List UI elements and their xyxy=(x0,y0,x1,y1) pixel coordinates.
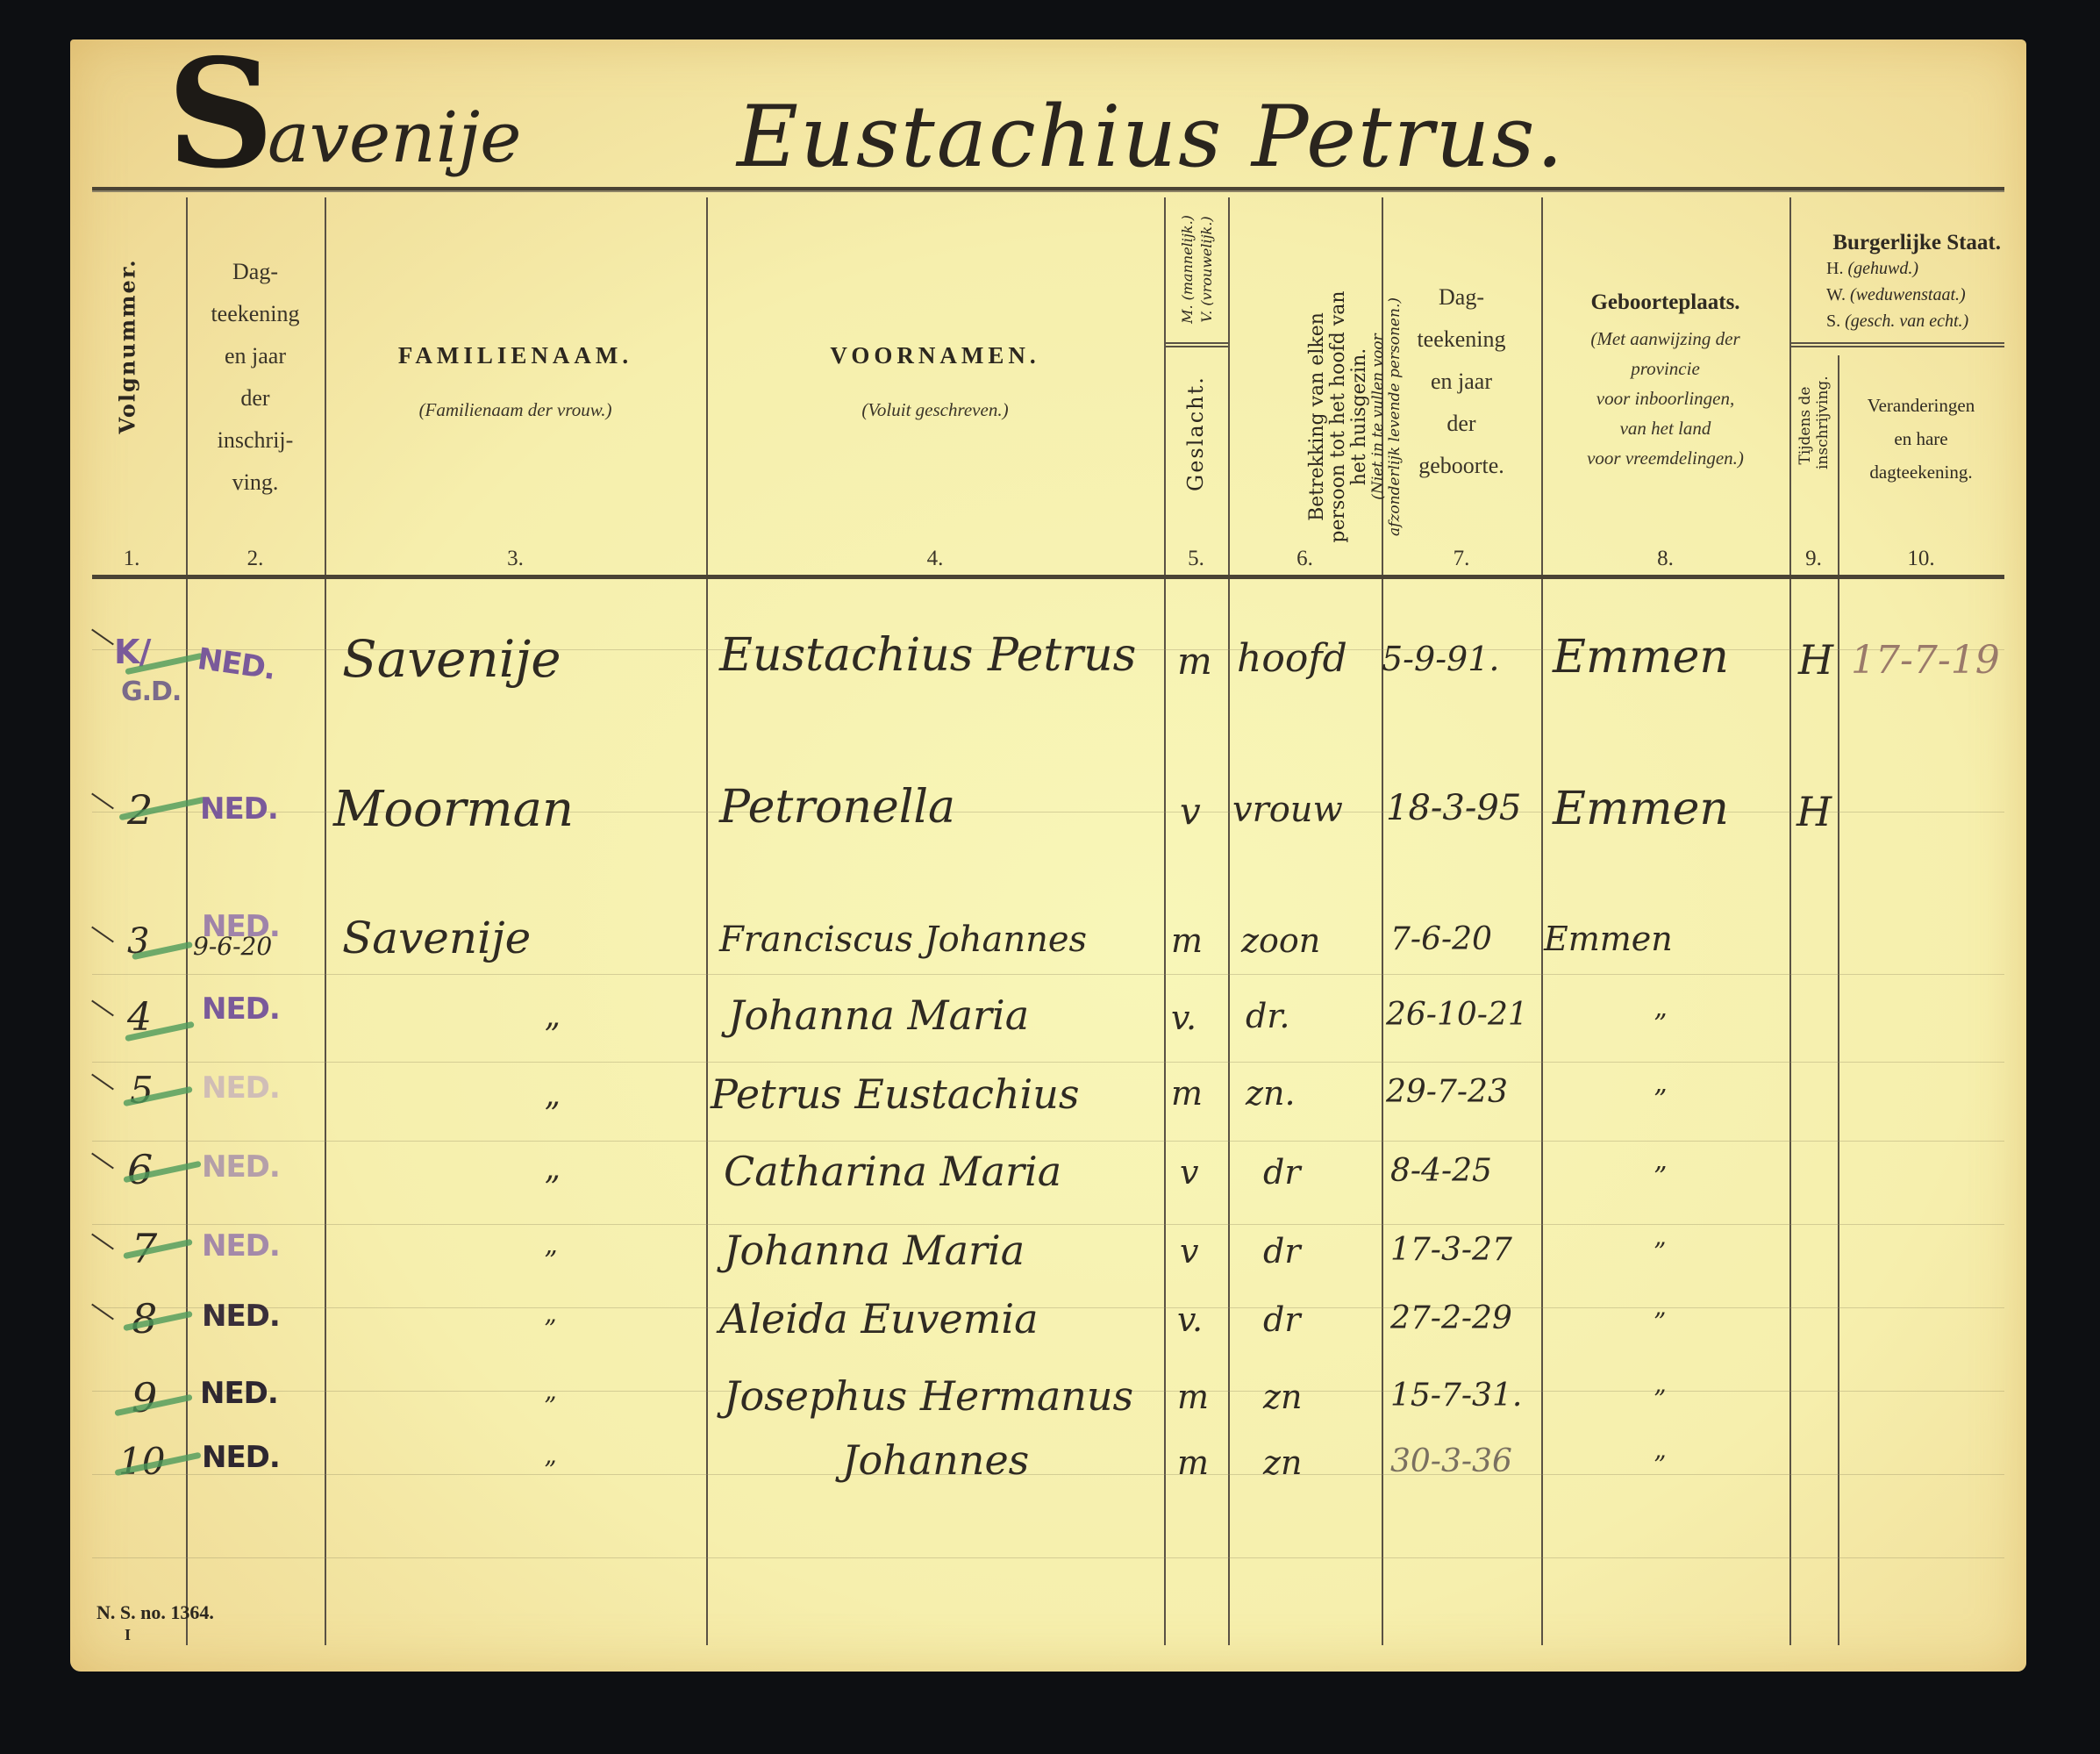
header-subline: voor inboorlingen, xyxy=(1596,383,1735,413)
geboorteplaats-cell: Emmen xyxy=(1553,783,1729,835)
geboorteplaats-cell: ” xyxy=(1654,1009,1667,1040)
check-mark-icon xyxy=(91,1074,114,1091)
column-number: 4. xyxy=(706,547,1164,571)
header-line: geboorte. xyxy=(1418,445,1504,487)
nationality-stamp: NED. xyxy=(202,1070,280,1106)
check-mark-icon xyxy=(91,1000,114,1017)
geboorteplaats-cell: ” xyxy=(1654,1085,1667,1115)
header-line: Dag- xyxy=(1439,276,1484,319)
familienaam-cell: ” xyxy=(544,1392,556,1421)
header-title: VOORNAMEN. xyxy=(830,342,1039,369)
header-title: Geboorteplaats. xyxy=(1590,290,1739,315)
geboorteplaats-cell: Emmen xyxy=(1553,631,1729,684)
nationality-stamp: NED. xyxy=(202,1299,280,1334)
voornamen-cell: Petrus Eustachius xyxy=(711,1070,1080,1118)
header-rule xyxy=(92,575,2004,579)
table-row: 5 NED. ” Petrus Eustachius m zn. 29-7-23… xyxy=(70,1070,2026,1149)
header-title: FAMILIENAAM. xyxy=(398,342,632,369)
table-row: 8 NED. ” Aleida Euvemia v. dr 27-2-29 ” xyxy=(70,1299,2026,1378)
geboorte-cell: 27-2-29 xyxy=(1390,1300,1512,1336)
header-line: Veranderingen xyxy=(1868,389,1975,422)
staat-desc: (gehuwd.) xyxy=(1847,259,1918,278)
header-line: Betrekking van elken xyxy=(1307,233,1328,601)
header-line: het huisgezin. xyxy=(1349,233,1370,601)
header-line: der xyxy=(1446,403,1475,445)
check-mark-icon xyxy=(91,927,114,943)
veranderingen-cell: 17-7-19 xyxy=(1851,638,2000,683)
staat-item: W. (weduwenstaat.) xyxy=(1791,282,2006,308)
geboorteplaats-cell: ” xyxy=(1654,1162,1667,1192)
geslacht-cell: v xyxy=(1180,790,1201,833)
row-number: 9 xyxy=(132,1374,157,1421)
geslacht-cell: v xyxy=(1180,1153,1198,1192)
gd-stamp: G.D. xyxy=(121,677,181,707)
staat-desc: (gesch. van echt.) xyxy=(1845,311,1968,331)
voornamen-cell: Josephus Hermanus xyxy=(724,1372,1133,1420)
register-card: S avenije Eustachius Petrus. Volgn xyxy=(70,39,2026,1672)
form-subcode: I xyxy=(125,1626,131,1644)
geboorteplaats-cell: ” xyxy=(1654,1385,1666,1414)
geslacht-cell: m xyxy=(1171,1074,1203,1113)
geboorte-cell: 18-3-95 xyxy=(1386,788,1521,828)
voornamen-cell: Johanna Maria xyxy=(724,1227,1025,1274)
form-code: N. S. no. 1364. xyxy=(96,1601,214,1624)
header-line: persoon tot het hoofd van xyxy=(1328,233,1349,601)
check-mark-icon xyxy=(91,793,114,810)
header-line: dagteekening. xyxy=(1869,455,1972,489)
header-line: en jaar xyxy=(1431,361,1492,403)
staat-cell: H xyxy=(1798,636,1833,684)
check-mark-icon xyxy=(91,1304,114,1321)
header-burgerlijke-staat: Burgerlijke Staat. H. (gehuwd.) W. (wedu… xyxy=(1791,231,2006,334)
header-line: der xyxy=(240,377,269,419)
betrekking-cell: zn xyxy=(1263,1378,1303,1416)
familienaam-cell: Savenije xyxy=(342,629,561,689)
table-row: 3 NED. 9-6-20 Savenije Franciscus Johann… xyxy=(70,913,2026,992)
header-line: ving. xyxy=(232,462,279,504)
betrekking-cell: zn xyxy=(1263,1443,1303,1482)
header-line: en jaar xyxy=(225,335,286,377)
familienaam-cell: ” xyxy=(544,1171,560,1206)
staat-divider xyxy=(1791,342,2004,347)
header-geslacht-codes: M. (mannelijk.) V. (vrouwelijk.) xyxy=(1178,208,1217,331)
header-subline: provincie xyxy=(1631,354,1700,383)
header-line: Tijdens de xyxy=(1796,382,1814,469)
geslacht-cell: v. xyxy=(1177,1300,1203,1339)
geboorteplaats-cell: Emmen xyxy=(1544,920,1673,958)
check-mark-icon xyxy=(91,629,114,646)
table-row: 7 NED. ” Johanna Maria v dr 17-3-27 ” xyxy=(70,1228,2026,1307)
betrekking-cell: zn. xyxy=(1246,1074,1296,1113)
geslacht-cell: v. xyxy=(1171,999,1196,1037)
staat-code: W. xyxy=(1826,285,1846,304)
geboorte-cell: 5-9-91. xyxy=(1382,640,1499,678)
table-row: 4 NED. ” Johanna Maria v. dr. 26-10-21 ” xyxy=(70,992,2026,1070)
betrekking-cell: dr xyxy=(1263,1232,1301,1271)
ruling-line xyxy=(92,1557,2004,1558)
nationality-stamp: NED. xyxy=(202,1149,280,1185)
geslacht-cell: m xyxy=(1171,921,1203,960)
geboorte-cell: 15-7-31. xyxy=(1390,1378,1522,1414)
geboorte-cell: 30-3-36 xyxy=(1390,1443,1512,1479)
nationality-stamp: NED. xyxy=(200,791,278,827)
table-row: K/ NED. G.D. Savenije Eustachius Petrus … xyxy=(70,627,2026,706)
betrekking-cell: dr xyxy=(1263,1153,1301,1192)
row-number: 5 xyxy=(130,1069,154,1112)
betrekking-cell: vrouw xyxy=(1232,790,1343,830)
table-row: 2 NED. Moorman Petronella v vrouw 18-3-9… xyxy=(70,781,2026,860)
nationality-stamp: NED. xyxy=(196,641,278,687)
betrekking-cell: zoon xyxy=(1241,921,1320,960)
column-number: 3. xyxy=(325,547,706,571)
geboorteplaats-cell: ” xyxy=(1654,1450,1666,1479)
check-mark-icon xyxy=(91,1153,114,1170)
familienaam-cell: ” xyxy=(544,1097,560,1133)
header-geboorteplaats: Geboorteplaats. (Met aanwijzing der prov… xyxy=(1541,250,1789,513)
surname-rest: avenije xyxy=(268,97,522,178)
geboorteplaats-cell: ” xyxy=(1654,1307,1666,1336)
column-number: 5. xyxy=(1164,547,1228,571)
voornamen-cell: Aleida Euvemia xyxy=(719,1295,1039,1342)
geslacht-cell: v xyxy=(1180,1232,1198,1271)
column-number: 6. xyxy=(1228,547,1382,571)
familienaam-cell: Savenije xyxy=(342,913,531,963)
geslacht-v: V. (vrouwelijk.) xyxy=(1197,208,1217,331)
header-subtitle: (Familienaam der vrouw.) xyxy=(419,399,612,421)
geboorte-cell: 29-7-23 xyxy=(1386,1074,1508,1110)
voornamen-cell: Eustachius Petrus xyxy=(719,629,1136,682)
header-line: Dag- xyxy=(232,251,278,293)
header-geboorte: Dag- teekening en jaar der geboorte. xyxy=(1382,250,1541,513)
column-number: 9. xyxy=(1789,547,1838,571)
nationality-stamp: NED. xyxy=(202,1228,280,1264)
familienaam-cell: ” xyxy=(544,1314,556,1343)
staat-desc: (weduwenstaat.) xyxy=(1850,285,1966,304)
geslacht-m: M. (mannelijk.) xyxy=(1178,208,1197,331)
surname-initial: S xyxy=(167,39,275,189)
header-subline: (Met aanwijzing der xyxy=(1590,324,1739,354)
geboorte-cell: 7-6-20 xyxy=(1390,921,1492,957)
familienaam-cell: Moorman xyxy=(333,781,574,838)
geslacht-cell: m xyxy=(1177,640,1212,683)
familienaam-cell: ” xyxy=(544,1456,556,1485)
header-geslacht: Geslacht. xyxy=(1183,359,1208,508)
row-number: 6 xyxy=(127,1146,153,1193)
familienaam-cell: ” xyxy=(544,1246,557,1277)
header-line: inschrij- xyxy=(218,419,294,462)
table-row: 10 NED. ” Johannes m zn 30-3-36 ” xyxy=(70,1443,2026,1522)
staat-item: H. (gehuwd.) xyxy=(1791,255,2006,282)
voornamen-cell: Johanna Maria xyxy=(728,992,1029,1039)
column-number: 2. xyxy=(186,547,325,571)
given-names-title: Eustachius Petrus. xyxy=(737,88,1565,186)
staat-code: S. xyxy=(1826,311,1840,331)
header-line: teekening xyxy=(211,293,299,335)
staat-title: Burgerlijke Staat. xyxy=(1791,231,2006,255)
geboorte-cell: 26-10-21 xyxy=(1386,997,1528,1033)
header-voornamen: VOORNAMEN. (Voluit geschreven.) xyxy=(706,311,1164,452)
geboorte-cell: 17-3-27 xyxy=(1390,1232,1512,1268)
column-number: 1. xyxy=(88,547,175,571)
voornamen-cell: Johannes xyxy=(842,1436,1029,1484)
betrekking-cell: dr. xyxy=(1246,997,1289,1035)
header-tijdens-inschrijving: Tijdens de inschrijving. xyxy=(1796,382,1832,469)
familienaam-cell: ” xyxy=(544,1018,560,1054)
geboorte-cell: 8-4-25 xyxy=(1390,1153,1492,1189)
header-line: teekening xyxy=(1417,319,1505,361)
staat-cell: H xyxy=(1796,788,1832,835)
header-familienaam: FAMILIENAAM. (Familienaam der vrouw.) xyxy=(325,311,706,452)
header-subline: voor vreemdelingen.) xyxy=(1587,443,1744,473)
title-rule xyxy=(92,187,2004,192)
column-number: 8. xyxy=(1541,547,1789,571)
geboorteplaats-cell: ” xyxy=(1654,1237,1666,1266)
nationality-stamp: NED. xyxy=(200,1376,278,1411)
header-subline: van het land xyxy=(1620,413,1711,443)
header-volgnummer: Volgnummer. xyxy=(115,303,140,434)
geslacht-cell: m xyxy=(1177,1378,1209,1416)
staat-item: S. (gesch. van echt.) xyxy=(1791,308,2006,334)
column-number: 10. xyxy=(1838,547,2004,571)
header-subtitle: (Voluit geschreven.) xyxy=(861,399,1008,421)
nationality-stamp: NED. xyxy=(202,1440,280,1475)
column-number: 7. xyxy=(1382,547,1541,571)
register-table: Volgnummer. Dag- teekening en jaar der i… xyxy=(70,197,2026,1672)
header-inschrijving: Dag- teekening en jaar der inschrij- vin… xyxy=(186,233,325,522)
inschrijving-cell: 9-6-20 xyxy=(193,932,272,961)
geslacht-cell: m xyxy=(1177,1443,1209,1482)
staat-code: H. xyxy=(1826,259,1843,278)
nationality-stamp: NED. xyxy=(202,992,280,1027)
geslacht-divider xyxy=(1164,342,1228,347)
betrekking-cell: dr xyxy=(1263,1300,1301,1339)
voornamen-cell: Petronella xyxy=(719,781,955,834)
header-line: inschrijving. xyxy=(1814,382,1832,469)
table-row: 6 NED. ” Catharina Maria v dr 8-4-25 ” xyxy=(70,1149,2026,1228)
header-line: en hare xyxy=(1894,422,1947,455)
header-veranderingen: Veranderingen en hare dagteekening. xyxy=(1838,382,2004,496)
voornamen-cell: Franciscus Johannes xyxy=(719,920,1087,960)
check-mark-icon xyxy=(91,1234,114,1250)
voornamen-cell: Catharina Maria xyxy=(724,1148,1061,1195)
betrekking-cell: hoofd xyxy=(1237,636,1347,681)
